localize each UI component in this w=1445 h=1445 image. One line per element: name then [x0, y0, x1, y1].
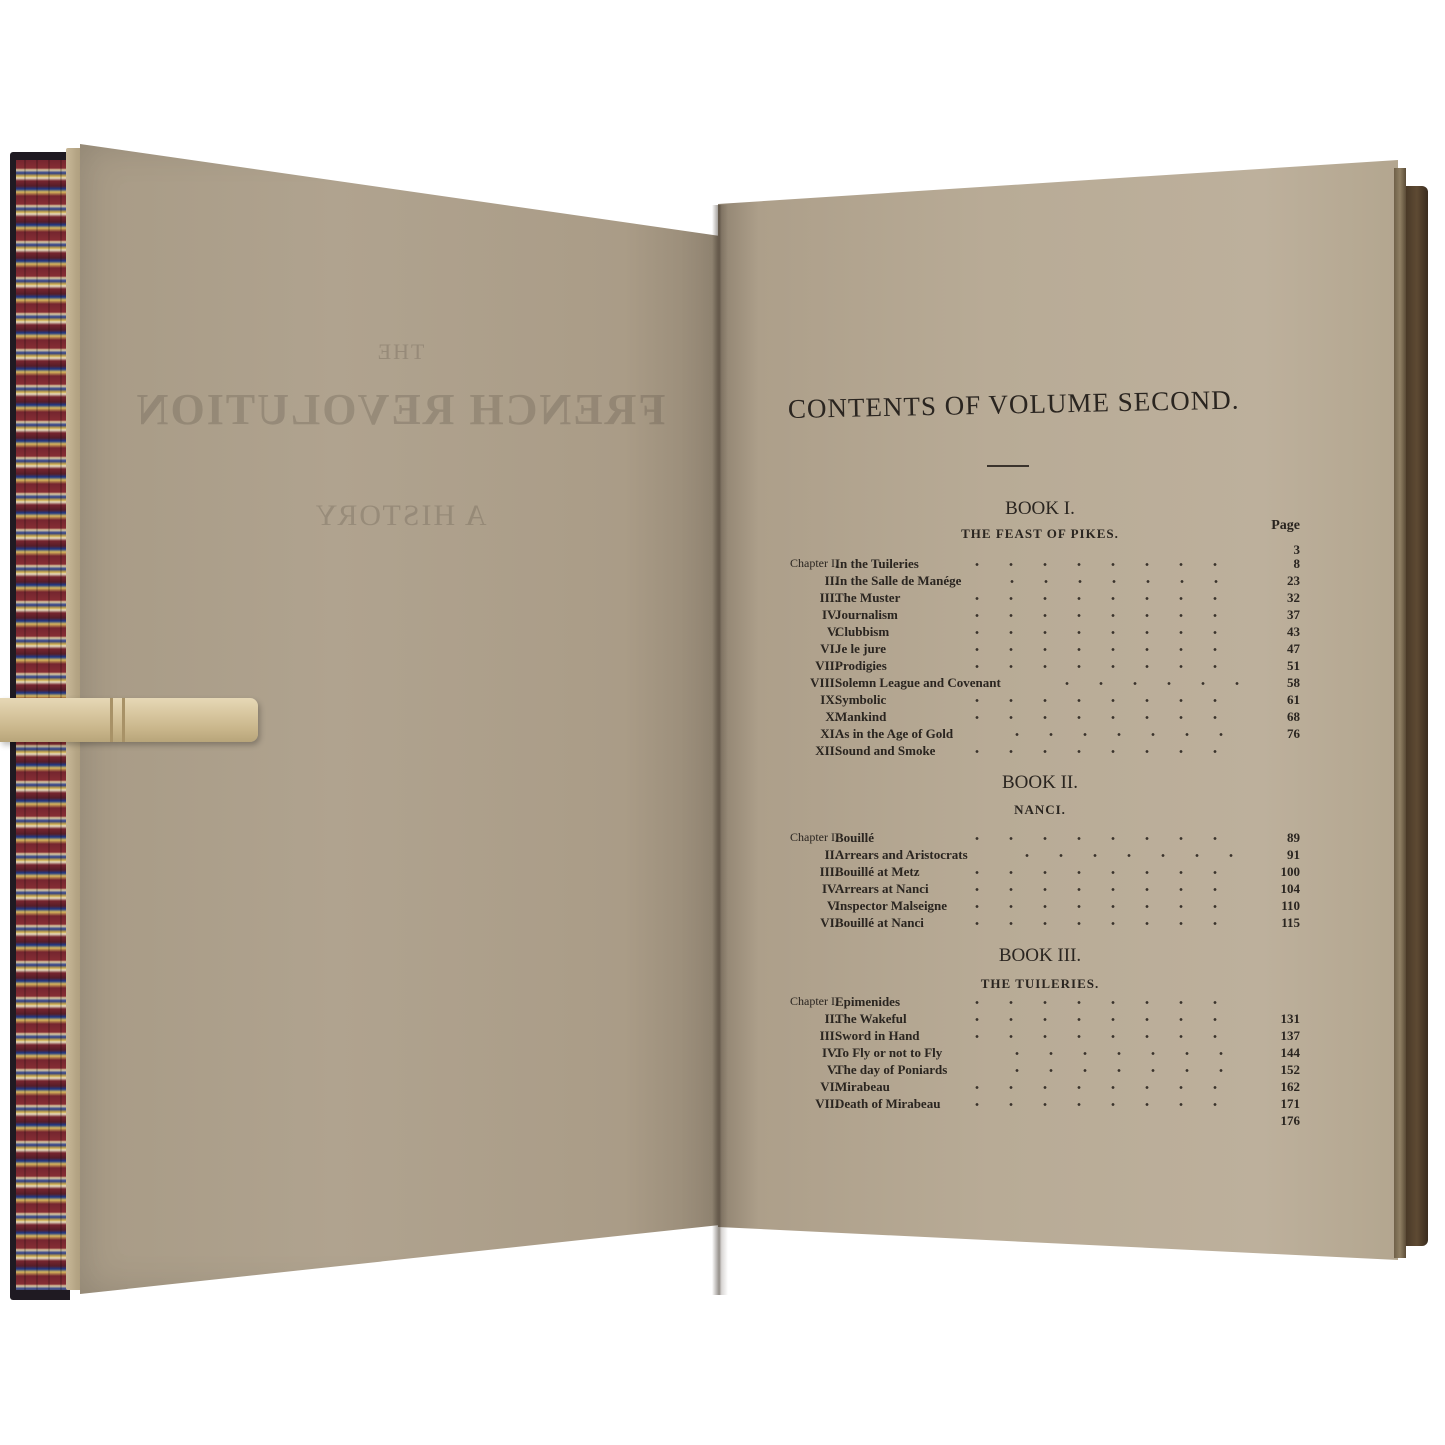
- toc-entry[interactable]: VI.Je le jure47: [760, 641, 1300, 658]
- dot-leader: [960, 631, 1240, 634]
- toc-entry[interactable]: V.Clubbism43: [760, 624, 1300, 641]
- toc-entry[interactable]: V.The day of Poniards152: [760, 1062, 1300, 1079]
- toc-entry[interactable]: X.Mankind68: [760, 709, 1300, 726]
- dot-leader: [1000, 1069, 1240, 1072]
- toc-entry[interactable]: VI.Bouillé at Nanci115: [760, 915, 1300, 932]
- toc-entry[interactable]: III.Sword in Hand137: [760, 1028, 1300, 1045]
- dot-leader: [995, 580, 1240, 583]
- book-gutter: [712, 205, 728, 1295]
- book-heading: BOOK I.: [760, 498, 1320, 520]
- dot-leader: [960, 648, 1240, 651]
- toc-entry[interactable]: II.In the Salle de Manége23: [760, 573, 1300, 590]
- toc-entry[interactable]: III.Bouillé at Metz100: [760, 864, 1300, 881]
- dot-leader: [960, 563, 1240, 566]
- dot-leader: [960, 1086, 1240, 1089]
- dot-leader: [960, 871, 1240, 874]
- toc-entry[interactable]: Chapter I.Bouillé89: [760, 830, 1300, 847]
- dot-leader: [1000, 1052, 1240, 1055]
- toc-entry[interactable]: Chapter I.In the Tuileries8: [760, 556, 1300, 573]
- pencil-ring: [110, 698, 113, 742]
- toc-entry[interactable]: VII.Prodigies51: [760, 658, 1300, 675]
- dot-leader: [960, 1001, 1240, 1004]
- toc-entry[interactable]: VI.Mirabeau162: [760, 1079, 1300, 1096]
- dot-leader: [960, 905, 1240, 908]
- book-cover-right: [1406, 186, 1428, 1246]
- dot-leader: [960, 837, 1240, 840]
- toc-entry[interactable]: IX.Symbolic61: [760, 692, 1300, 709]
- dot-leader: [960, 888, 1240, 891]
- dot-leader: [960, 716, 1240, 719]
- toc-entry[interactable]: II.The Wakeful131: [760, 1011, 1300, 1028]
- book-subtitle: THE TUILERIES.: [760, 976, 1320, 992]
- dot-leader: [960, 614, 1240, 617]
- dot-leader: [1000, 733, 1240, 736]
- page-column-label: Page: [1271, 518, 1300, 534]
- dot-leader: [1050, 682, 1240, 685]
- toc-entry[interactable]: VII.Death of Mirabeau171: [760, 1096, 1300, 1113]
- toc-entry[interactable]: XI.As in the Age of Gold76: [760, 726, 1300, 743]
- toc-entry[interactable]: III.The Muster32: [760, 590, 1300, 607]
- toc-entry[interactable]: Chapter I.Epimenides: [760, 994, 1300, 1011]
- dot-leader: [960, 1035, 1240, 1038]
- book-subtitle: THE FEAST OF PIKES.: [760, 526, 1320, 542]
- dot-leader: [960, 665, 1240, 668]
- toc-entry[interactable]: II.Arrears and Aristocrats91: [760, 847, 1300, 864]
- toc-entry[interactable]: XII.Sound and Smoke: [760, 743, 1300, 760]
- toc-entry[interactable]: IV.To Fly or not to Fly144: [760, 1045, 1300, 1062]
- book-heading: BOOK III.: [760, 945, 1320, 967]
- toc-entry[interactable]: IV.Arrears at Nanci104: [760, 881, 1300, 898]
- dot-leader: [960, 699, 1240, 702]
- pencil: [0, 698, 258, 742]
- toc-entry[interactable]: V.Inspector Malseigne110: [760, 898, 1300, 915]
- dot-leader: [960, 1103, 1240, 1106]
- dot-leader: [960, 750, 1240, 753]
- dot-leader: [960, 597, 1240, 600]
- bleed-through-text: THE: [80, 339, 720, 365]
- toc-entry[interactable]: IV.Journalism37: [760, 607, 1300, 624]
- pencil-ring: [122, 698, 125, 742]
- title-rule: [987, 465, 1029, 467]
- bleed-through-text: FRENCH REVOLUTION: [80, 384, 720, 435]
- toc-entry[interactable]: VIII.Solemn League and Covenant58: [760, 675, 1300, 692]
- dot-leader: [1010, 854, 1240, 857]
- dot-leader: [960, 1018, 1240, 1021]
- right-page-edges: [1394, 168, 1406, 1258]
- dot-leader: [960, 922, 1240, 925]
- last-page-number: 176: [760, 1113, 1300, 1130]
- bleed-through-text: A HISTORY: [80, 499, 720, 533]
- book-subtitle: NANCI.: [760, 802, 1320, 818]
- book-heading: BOOK II.: [760, 772, 1320, 794]
